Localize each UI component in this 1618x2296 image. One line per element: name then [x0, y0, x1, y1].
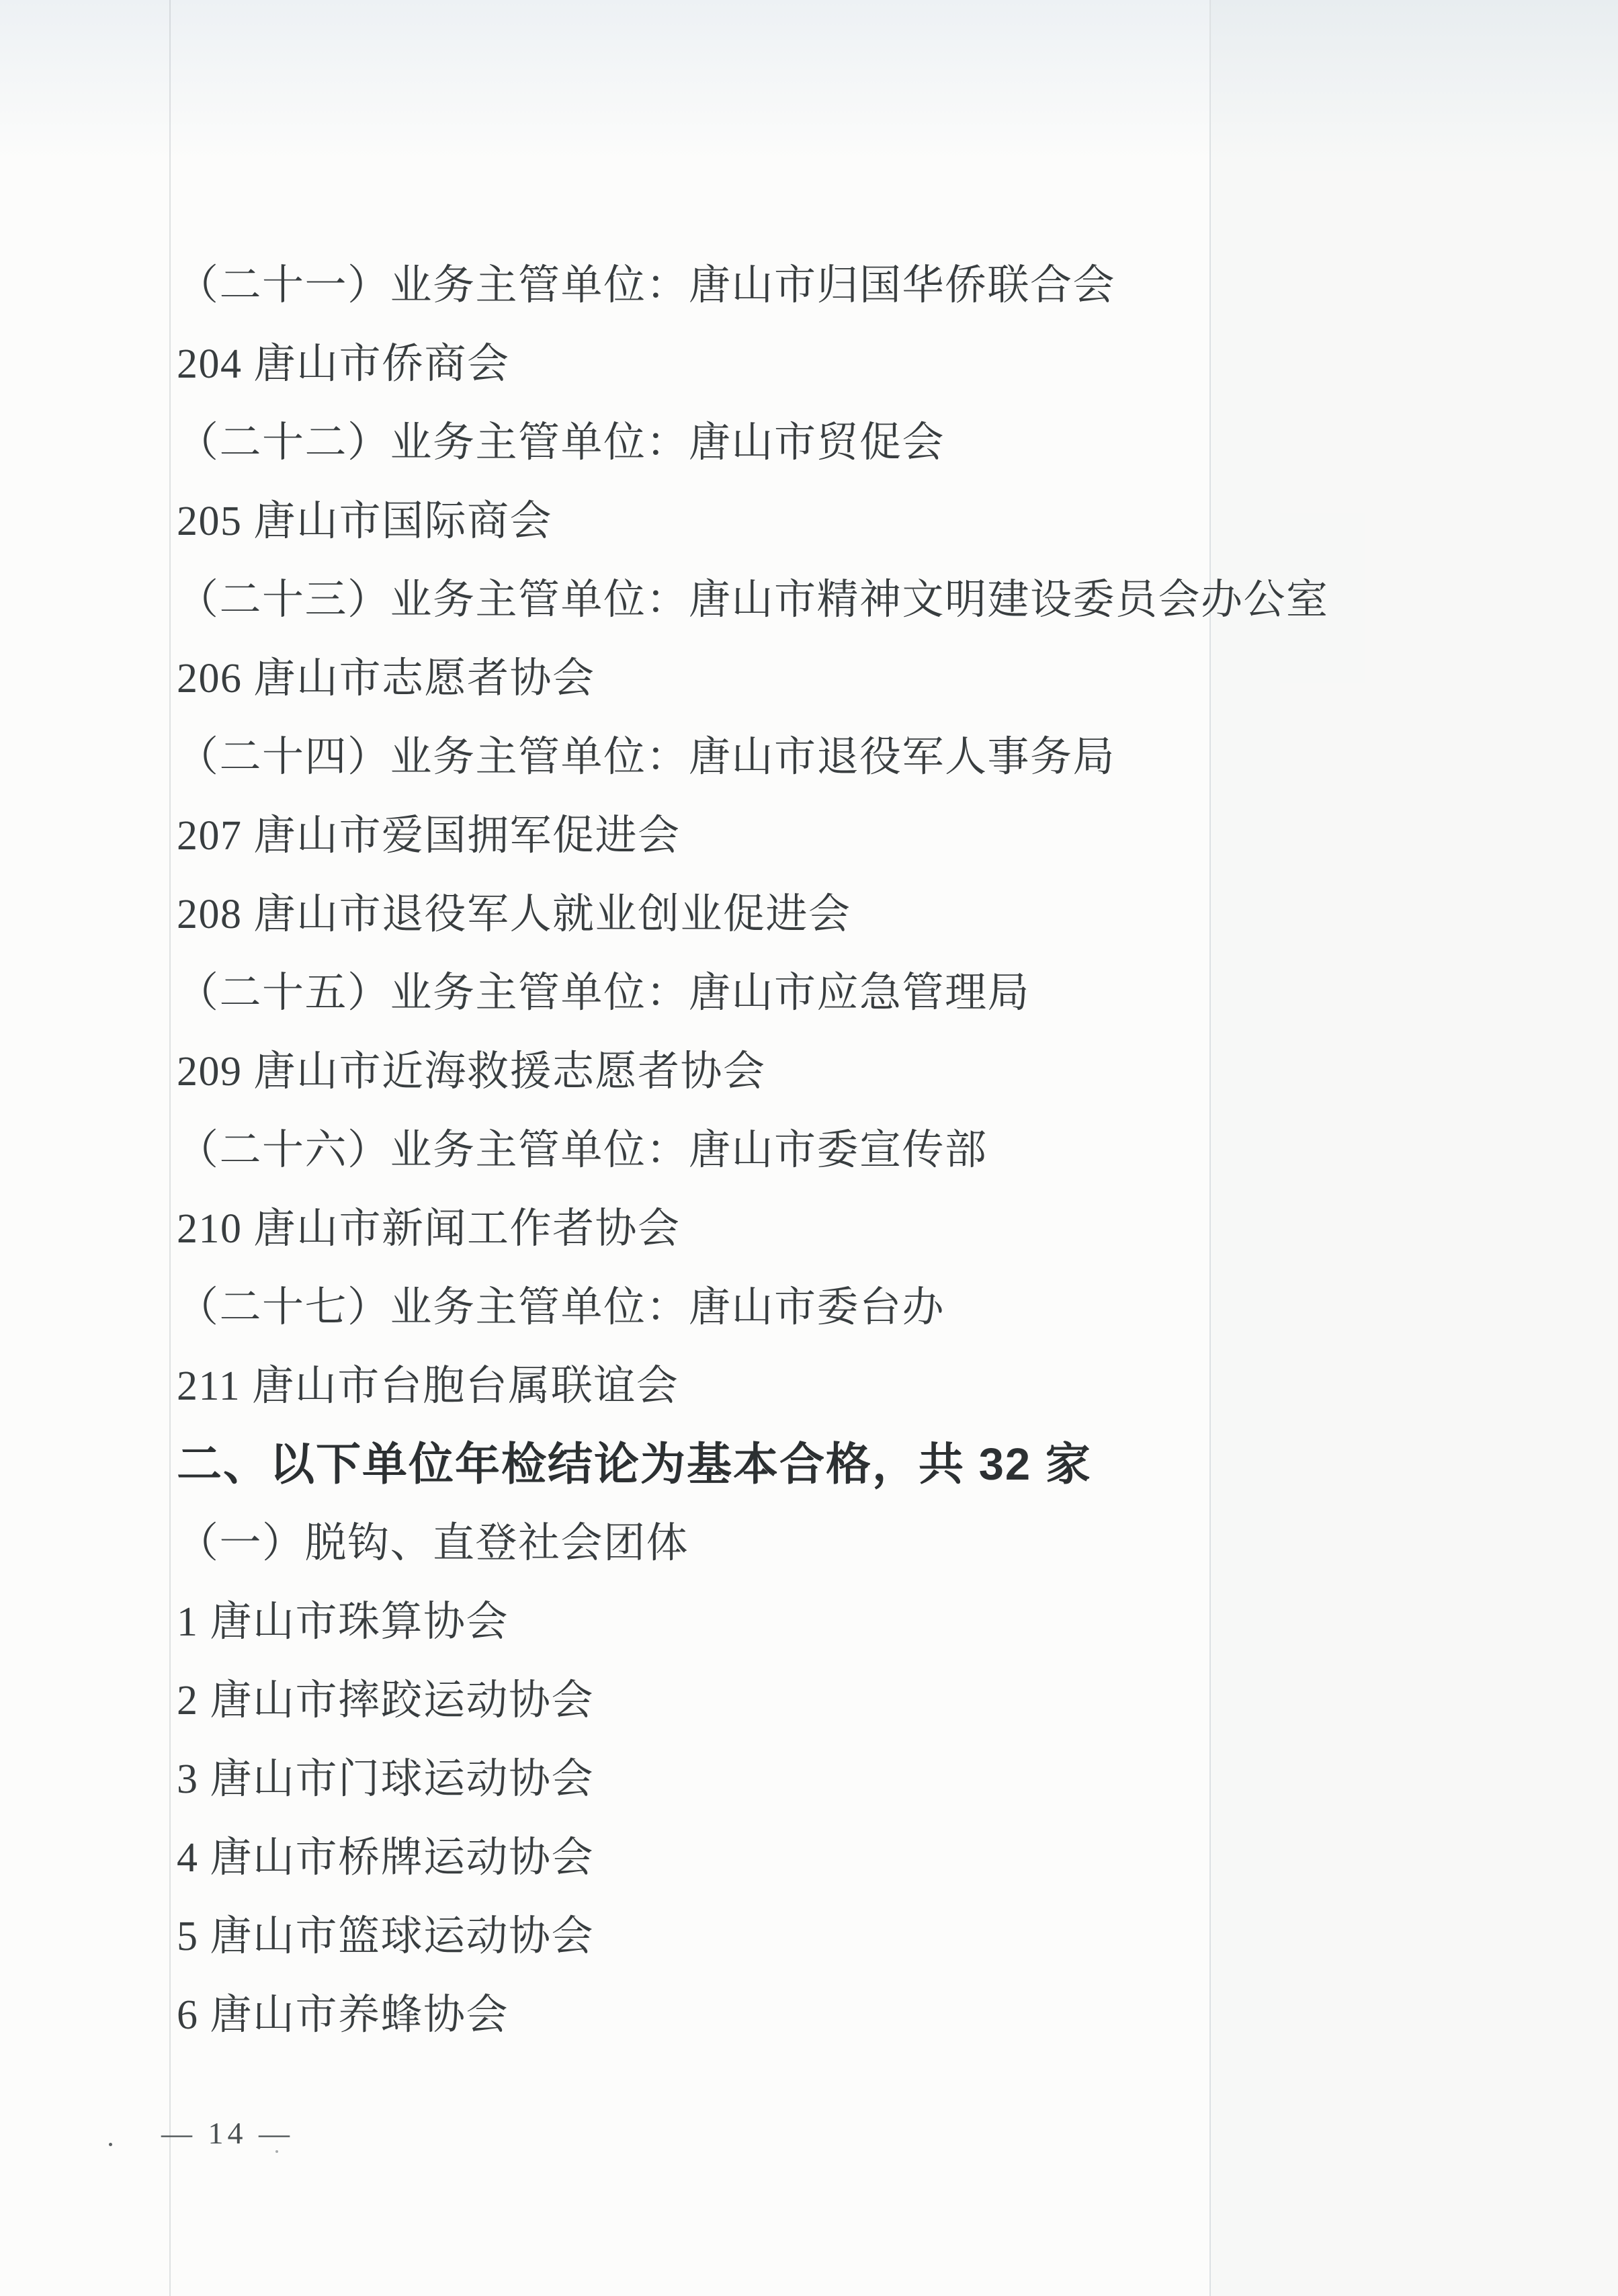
doc-line-org-210: 210 唐山市新闻工作者协会: [177, 1185, 1524, 1264]
document-page: （二十一）业务主管单位：唐山市归国华侨联合会 204 唐山市侨商会 （二十二）业…: [0, 0, 1618, 2296]
doc-line-org-2: 2 唐山市摔跤运动协会: [177, 1657, 1524, 1736]
scan-line-left: [169, 0, 171, 2296]
doc-line-supervisor-26: （二十六）业务主管单位：唐山市委宣传部: [177, 1107, 1524, 1185]
doc-line-org-207: 207 唐山市爱国拥军促进会: [177, 792, 1524, 871]
doc-line-org-204: 204 唐山市侨商会: [177, 321, 1524, 399]
doc-line-supervisor-21: （二十一）业务主管单位：唐山市归国华侨联合会: [177, 242, 1524, 321]
doc-line-org-209: 209 唐山市近海救援志愿者协会: [177, 1028, 1524, 1107]
doc-line-supervisor-23: （二十三）业务主管单位：唐山市精神文明建设委员会办公室: [177, 556, 1524, 635]
doc-line-supervisor-22: （二十二）业务主管单位：唐山市贸促会: [177, 399, 1524, 478]
ink-speck: [109, 2143, 112, 2146]
scan-top-tint: [0, 0, 1618, 161]
doc-line-supervisor-27: （二十七）业务主管单位：唐山市委台办: [177, 1264, 1524, 1343]
doc-line-org-208: 208 唐山市退役军人就业创业促进会: [177, 871, 1524, 949]
doc-line-subsection-1: （一）脱钩、直登社会团体: [177, 1500, 1524, 1578]
section-heading-basic-pass: 二、以下单位年检结论为基本合格，共 32 家: [177, 1421, 1524, 1500]
page-number: — 14 —: [161, 2115, 294, 2151]
doc-line-org-4: 4 唐山市桥牌运动协会: [177, 1814, 1524, 1893]
document-body: （二十一）业务主管单位：唐山市归国华侨联合会 204 唐山市侨商会 （二十二）业…: [177, 242, 1524, 2050]
doc-line-org-5: 5 唐山市篮球运动协会: [177, 1893, 1524, 1971]
doc-line-org-205: 205 唐山市国际商会: [177, 478, 1524, 556]
doc-line-org-6: 6 唐山市养蜂协会: [177, 1971, 1524, 2050]
doc-line-org-211: 211 唐山市台胞台属联谊会: [177, 1343, 1524, 1421]
doc-line-org-1: 1 唐山市珠算协会: [177, 1578, 1524, 1657]
doc-line-supervisor-25: （二十五）业务主管单位：唐山市应急管理局: [177, 949, 1524, 1028]
doc-line-org-206: 206 唐山市志愿者协会: [177, 635, 1524, 714]
doc-line-supervisor-24: （二十四）业务主管单位：唐山市退役军人事务局: [177, 714, 1524, 792]
doc-line-org-3: 3 唐山市门球运动协会: [177, 1736, 1524, 1814]
